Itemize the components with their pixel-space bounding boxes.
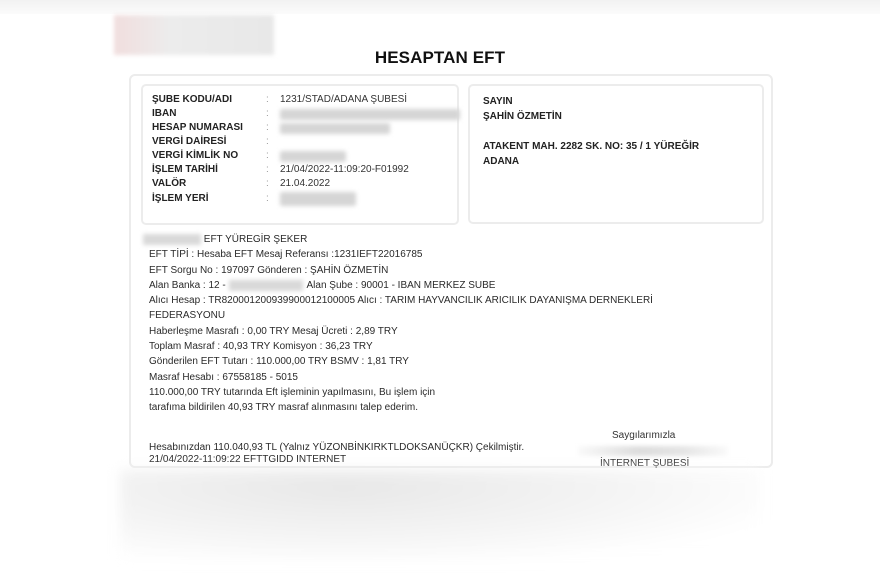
- info-label: HESAP NUMARASI: [152, 121, 243, 135]
- top-band: [0, 0, 880, 14]
- withdrawal-footer: Hesabınızdan 110.040,93 TL (Yalnız YÜZON…: [149, 442, 524, 466]
- info-colon: :: [266, 107, 269, 121]
- receiving-branch: Alan Şube : 90001 - IBAN MERKEZ SUBE: [307, 280, 496, 291]
- description-text: EFT YÜREGİR ŞEKER: [204, 234, 308, 245]
- withdrawal-text: Hesabınızdan 110.040,93 TL (Yalnız YÜZON…: [149, 442, 524, 454]
- info-label: VALÖR: [152, 177, 186, 191]
- bank-name-redacted: [229, 280, 303, 291]
- transaction-place-redacted: [280, 192, 356, 206]
- detail-line-eft-type: EFT TİPİ : Hesaba EFT Mesaj Referansı :1…: [149, 247, 749, 262]
- document-title: HESAPTAN EFT: [0, 48, 880, 68]
- info-row-tax-id: VERGİ KİMLİK NO :: [152, 149, 452, 163]
- transaction-details: EFT YÜREGİR ŞEKER EFT TİPİ : Hesaba EFT …: [149, 232, 749, 416]
- detail-line-eft-amount: Gönderilen EFT Tutarı : 110.000,00 TRY B…: [149, 354, 749, 369]
- detail-line-receiving-bank: Alan Banka : 12 - Alan Şube : 90001 - IB…: [149, 278, 749, 293]
- detail-line-request-2: tarafıma bildirilen 40,93 TRY masraf alı…: [149, 400, 749, 415]
- info-colon: :: [266, 177, 269, 191]
- account-info-box: ŞUBE KODU/ADI : 1231/STAD/ADANA ŞUBESİ I…: [141, 84, 459, 225]
- info-label: VERGİ KİMLİK NO: [152, 149, 238, 163]
- salutation: SAYIN: [483, 95, 513, 109]
- info-colon: :: [266, 163, 269, 177]
- account-number-redacted: [280, 123, 390, 134]
- address-line-2: ADANA: [483, 155, 519, 169]
- info-label: İŞLEM TARİHİ: [152, 163, 218, 177]
- description-redacted: [143, 234, 201, 245]
- info-label: İŞLEM YERİ: [152, 192, 209, 206]
- info-label: IBAN: [152, 107, 176, 121]
- info-row-value-date: VALÖR : 21.04.2022: [152, 177, 452, 191]
- info-row-transaction-date: İŞLEM TARİHİ : 21/04/2022-11:09:20-F0199…: [152, 163, 452, 177]
- tax-id-redacted: [280, 151, 346, 162]
- recipient-address-box: SAYIN ŞAHİN ÖZMETİN ATAKENT MAH. 2282 SK…: [468, 84, 764, 224]
- info-colon: :: [266, 192, 269, 206]
- info-row-branch: ŞUBE KODU/ADI : 1231/STAD/ADANA ŞUBESİ: [152, 93, 452, 107]
- iban-redacted: [280, 109, 460, 120]
- info-value: 21.04.2022: [280, 177, 330, 191]
- info-value: 1231/STAD/ADANA ŞUBESİ: [280, 93, 407, 107]
- detail-line-recipient-account: Alıcı Hesap : TR820001200939900012100005…: [149, 293, 749, 308]
- detail-line-recipient-cont: FEDERASYONU: [149, 308, 749, 323]
- detail-line-fee-account: Masraf Hesabı : 67558185 - 5015: [149, 370, 749, 385]
- detail-line-comm-fee: Haberleşme Masrafı : 0,00 TRY Mesaj Ücre…: [149, 324, 749, 339]
- branch-name: İNTERNET ŞUBESİ: [600, 458, 689, 469]
- recipient-name: ŞAHİN ÖZMETİN: [483, 110, 562, 124]
- eft-receipt-page: HESAPTAN EFT ŞUBE KODU/ADI : 1231/STAD/A…: [0, 0, 880, 581]
- regards-text: Saygılarımızla: [612, 430, 675, 441]
- info-row-account-number: HESAP NUMARASI :: [152, 121, 452, 135]
- info-colon: :: [266, 93, 269, 107]
- detail-line-query-no: EFT Sorgu No : 197097 Gönderen : ŞAHİN Ö…: [149, 263, 749, 278]
- receiving-bank-prefix: Alan Banka : 12 -: [149, 280, 229, 291]
- detail-line-description: EFT YÜREGİR ŞEKER: [149, 232, 749, 247]
- signature-redacted: [578, 446, 728, 456]
- info-row-tax-office: VERGİ DAİRESİ :: [152, 135, 452, 149]
- detail-line-total-fee: Toplam Masraf : 40,93 TRY Komisyon : 36,…: [149, 339, 749, 354]
- info-colon: :: [266, 121, 269, 135]
- info-colon: :: [266, 149, 269, 163]
- footer-timestamp: 21/04/2022-11:09:22 EFTTGIDD INTERNET: [149, 454, 524, 466]
- info-label: ŞUBE KODU/ADI: [152, 93, 232, 107]
- info-colon: :: [266, 135, 269, 149]
- info-label: VERGİ DAİRESİ: [152, 135, 226, 149]
- info-value: 21/04/2022-11:09:20-F01992: [280, 163, 409, 177]
- detail-line-request-1: 110.000,00 TRY tutarında Eft işleminin y…: [149, 385, 749, 400]
- info-row-iban: IBAN :: [152, 107, 452, 121]
- address-line-1: ATAKENT MAH. 2282 SK. NO: 35 / 1 YÜREĞİR: [483, 140, 699, 154]
- info-row-transaction-place: İŞLEM YERİ :: [152, 192, 452, 206]
- bottom-redacted-area: [120, 470, 760, 560]
